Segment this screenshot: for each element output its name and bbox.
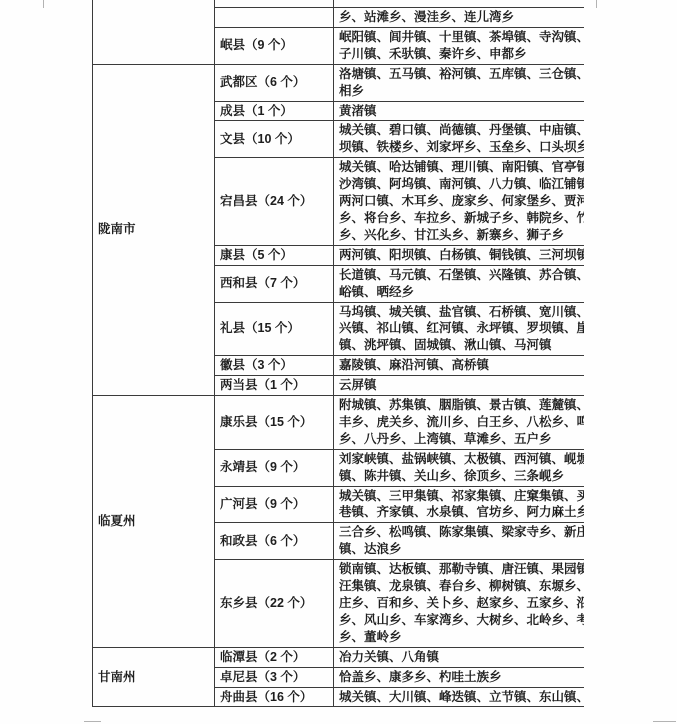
- townships-cell: 锁南镇、达板镇、那勒寺镇、唐汪镇、果园镇、汪集镇、龙泉镇、春台乡、柳树镇、东塬乡…: [334, 560, 585, 648]
- county-cell: 西和县（7 个）: [215, 265, 334, 302]
- townships-cell: 云屏镇: [334, 376, 585, 396]
- county-cell: 文县（10 个）: [215, 121, 334, 158]
- townships-cell: 洛塘镇、五马镇、裕河镇、五库镇、三仓镇、枫相乡: [334, 64, 585, 101]
- townships-cell: 附城镇、苏集镇、胭脂镇、景古镇、莲麓镇、康丰乡、虎关乡、流川乡、白王乡、八松乡、…: [334, 396, 585, 450]
- table-row: 陇南市 武都区（6 个） 洛塘镇、五马镇、裕河镇、五库镇、三仓镇、枫相乡: [93, 64, 585, 101]
- county-cell: [215, 0, 334, 8]
- table-row: 甘南州 临潭县（2 个） 冶力关镇、八角镇: [93, 647, 585, 667]
- county-cell: 卓尼县（3 个）: [215, 667, 334, 687]
- townships-cell: 城关镇、大川镇、峰迭镇、立节镇、东山镇、: [334, 687, 585, 707]
- county-cell: 两当县（1 个）: [215, 376, 334, 396]
- townships-cell: 嘉陵镇、麻沿河镇、高桥镇: [334, 356, 585, 376]
- county-cell: 和政县（6 个）: [215, 523, 334, 560]
- county-cell: 礼县（15 个）: [215, 302, 334, 356]
- townships-cell: 城关镇、三甲集镇、祁家集镇、庄窠集镇、买家巷镇、齐家镇、水泉镇、官坊乡、阿力麻土…: [334, 486, 585, 523]
- city-cell: 陇南市: [93, 64, 215, 395]
- townships-cell: 长道镇、马元镇、石堡镇、兴隆镇、苏合镇、稍峪镇、晒经乡: [334, 265, 585, 302]
- county-cell: 宕昌县（24 个）: [215, 158, 334, 246]
- townships-cell: 两河镇、阳坝镇、白杨镇、铜钱镇、三河坝镇: [334, 245, 585, 265]
- townships-cell: 乡、站滩乡、漫洼乡、连儿湾乡: [334, 8, 585, 28]
- county-cell: 康乐县（15 个）: [215, 396, 334, 450]
- city-cell: [93, 0, 215, 64]
- county-cell: 东乡县（22 个）: [215, 560, 334, 648]
- admin-divisions-table-wrap: 乡、站滩乡、漫洼乡、连儿湾乡 岷县（9 个） 岷阳镇、闾井镇、十里镇、茶埠镇、寺…: [92, 0, 584, 724]
- city-cell: 甘南州: [93, 647, 215, 707]
- county-cell: 岷县（9 个）: [215, 27, 334, 64]
- county-cell: 武都区（6 个）: [215, 64, 334, 101]
- townships-cell: 冶力关镇、八角镇: [334, 647, 585, 667]
- crop-mark-top-left: [43, 0, 44, 8]
- townships-cell: 城关镇、碧口镇、尚德镇、丹堡镇、中庙镇、范坝镇、铁楼乡、刘家坪乡、玉垒乡、口头坝…: [334, 121, 585, 158]
- townships-cell: 岷阳镇、闾井镇、十里镇、茶埠镇、寺沟镇、麻子川镇、禾驮镇、秦许乡、申都乡: [334, 27, 585, 64]
- townships-cell: 城关镇、哈达铺镇、理川镇、南阳镇、官亭镇、沙湾镇、阿坞镇、南河镇、八力镇、临江铺…: [334, 158, 585, 246]
- county-cell: 舟曲县（16 个）: [215, 687, 334, 707]
- townships-cell: [334, 0, 585, 8]
- county-cell: 广河县（9 个）: [215, 486, 334, 523]
- crop-mark-bottom-right: [653, 721, 676, 722]
- crop-mark-top-right: [596, 0, 597, 8]
- table-row: 临夏州 康乐县（15 个） 附城镇、苏集镇、胭脂镇、景古镇、莲麓镇、康丰乡、虎关…: [93, 396, 585, 450]
- admin-divisions-table: 乡、站滩乡、漫洼乡、连儿湾乡 岷县（9 个） 岷阳镇、闾井镇、十里镇、茶埠镇、寺…: [92, 0, 584, 707]
- city-cell: 临夏州: [93, 396, 215, 648]
- townships-cell: 刘家峡镇、盐锅峡镇、太极镇、西河镇、岘塬镇、陈井镇、关山乡、徐顶乡、三条岘乡: [334, 449, 585, 486]
- county-cell: 临潭县（2 个）: [215, 647, 334, 667]
- table-row: [93, 0, 585, 8]
- townships-cell: 马坞镇、城关镇、盐官镇、石桥镇、宽川镇、永兴镇、祁山镇、红河镇、永坪镇、罗坝镇、…: [334, 302, 585, 356]
- townships-cell: 黄渚镇: [334, 101, 585, 121]
- county-cell: 成县（1 个）: [215, 101, 334, 121]
- county-cell: 康县（5 个）: [215, 245, 334, 265]
- county-cell: 徽县（3 个）: [215, 356, 334, 376]
- county-cell: 永靖县（9 个）: [215, 449, 334, 486]
- document-page: 乡、站滩乡、漫洼乡、连儿湾乡 岷县（9 个） 岷阳镇、闾井镇、十里镇、茶埠镇、寺…: [0, 0, 677, 724]
- townships-cell: 三合乡、松鸣镇、陈家集镇、梁家寺乡、新庄镇、达浪乡: [334, 523, 585, 560]
- county-cell: [215, 8, 334, 28]
- townships-cell: 恰盖乡、康多乡、杓哇土族乡: [334, 667, 585, 687]
